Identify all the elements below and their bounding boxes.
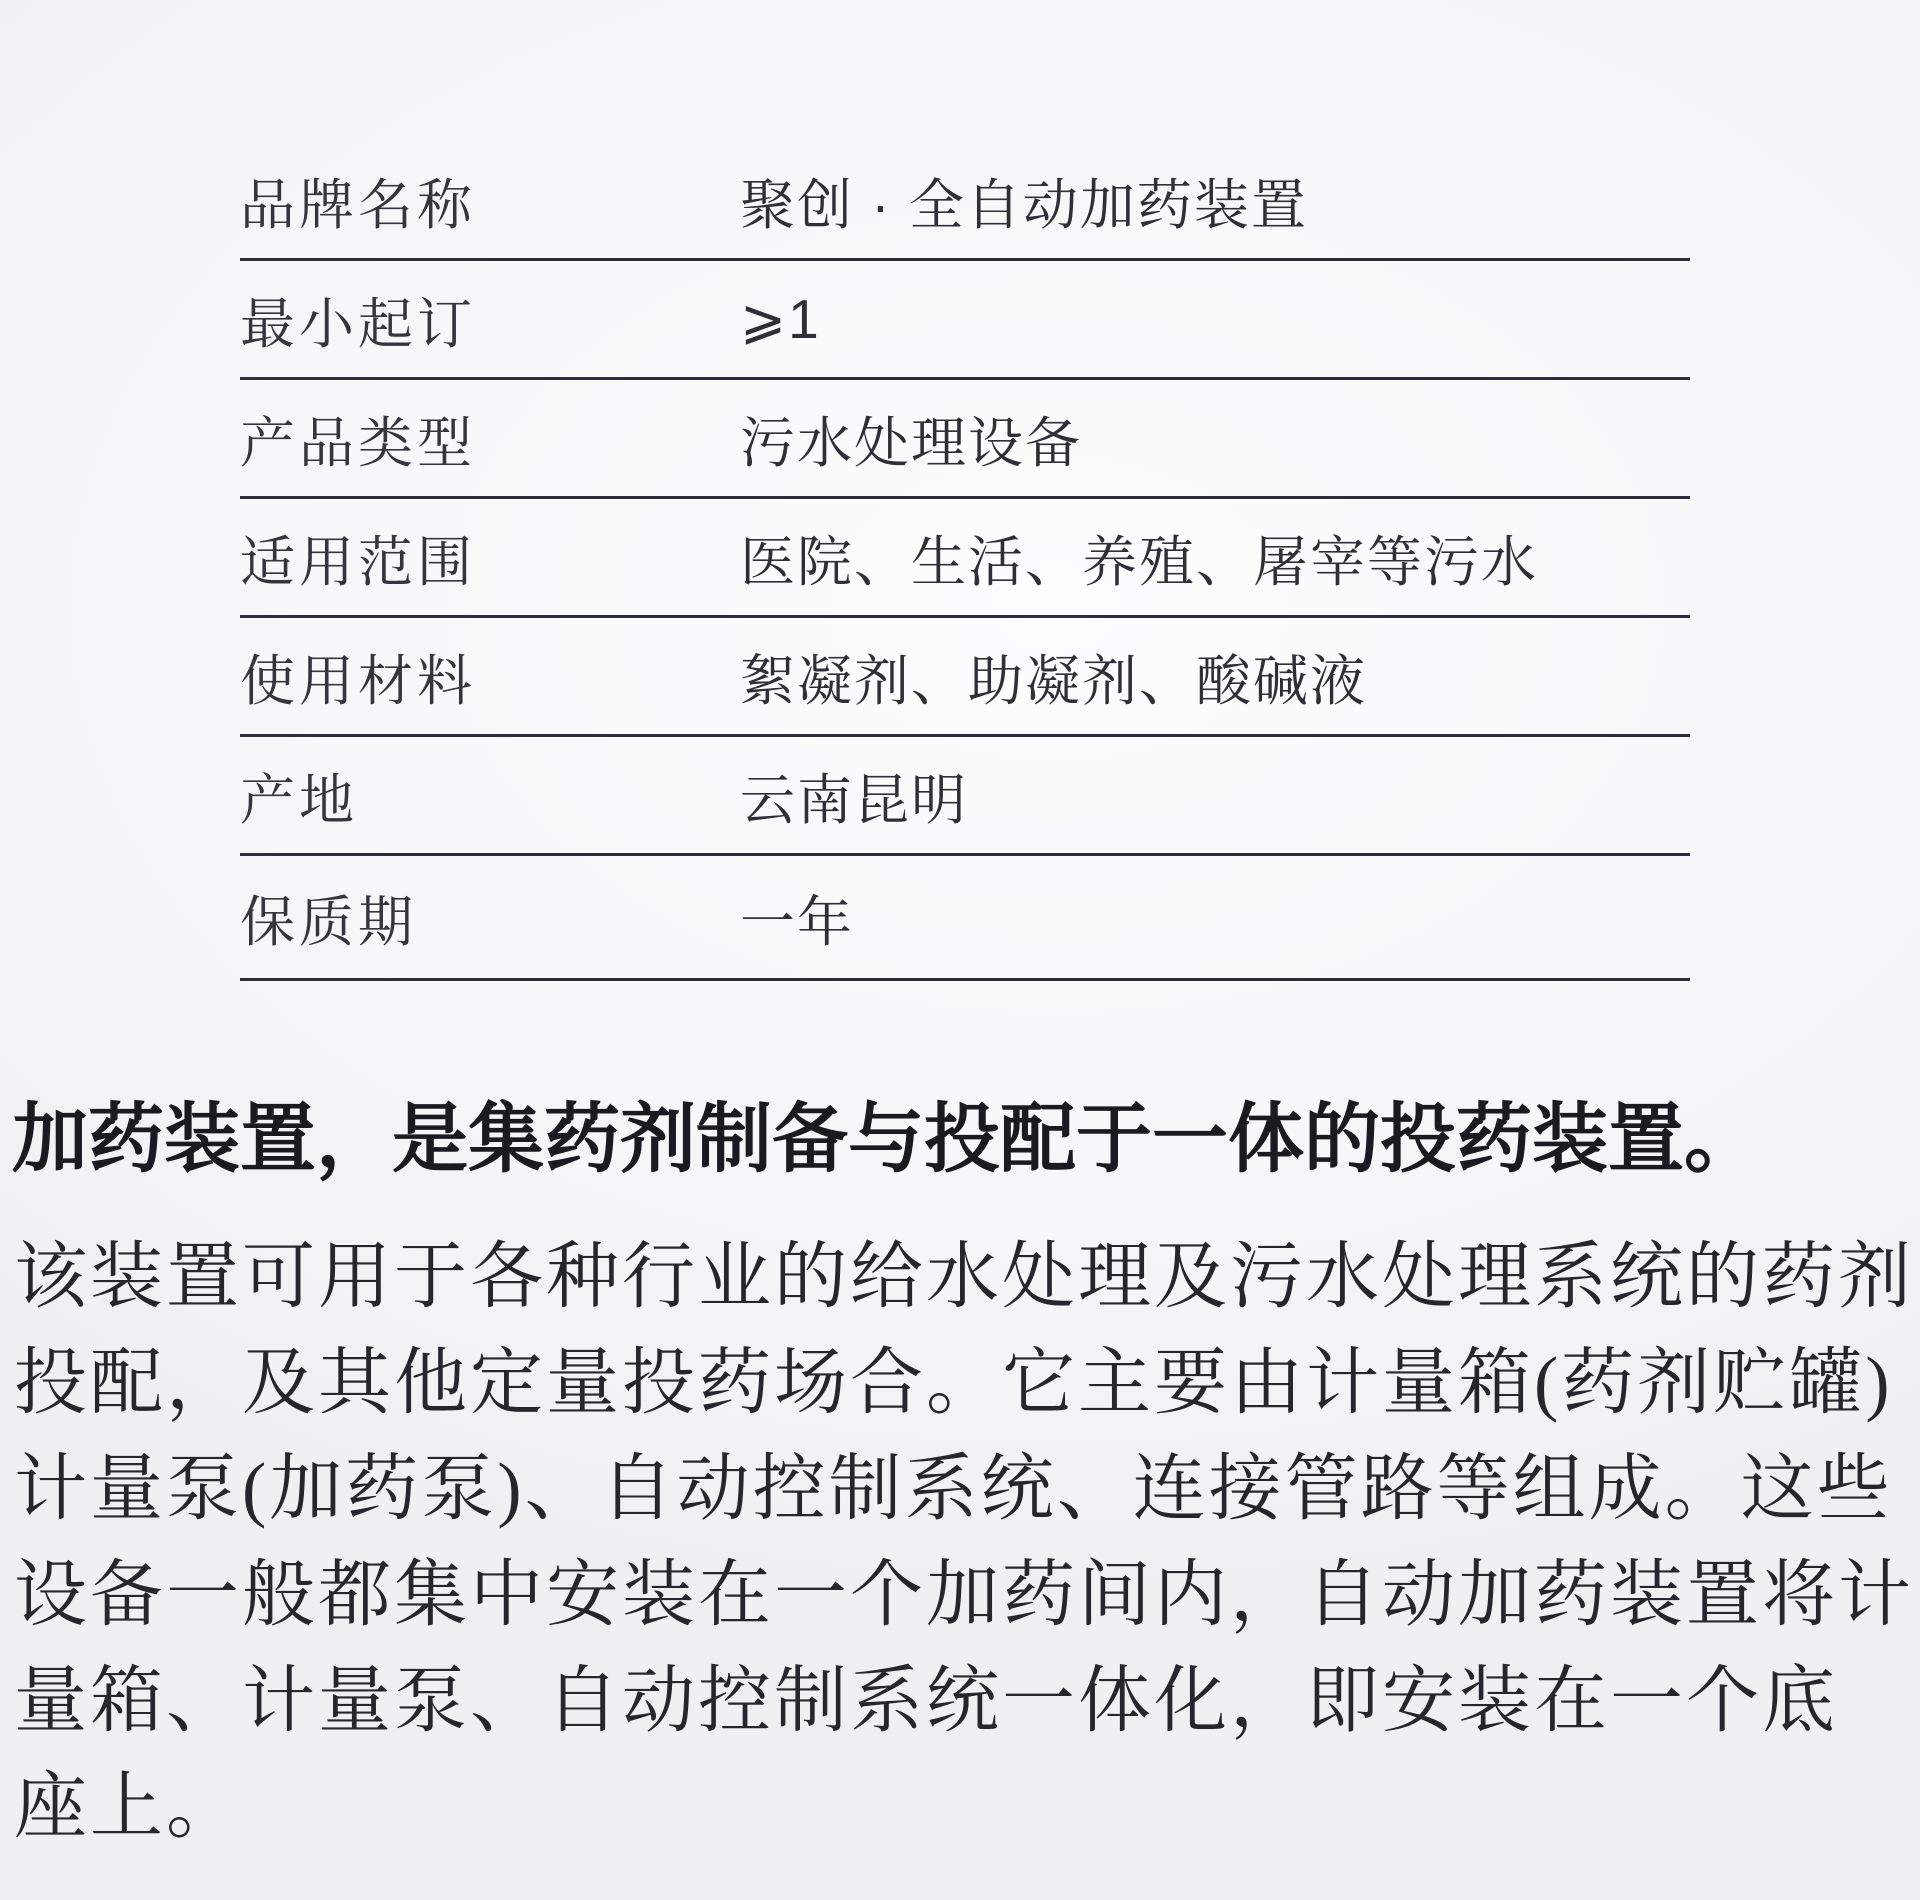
spec-table-row: 最小起订 ⩾1 bbox=[240, 261, 1690, 380]
spec-row-label: 保质期 bbox=[240, 878, 740, 957]
spec-row-value: 一年 bbox=[740, 878, 854, 957]
spec-row-label: 最小起订 bbox=[240, 280, 740, 359]
spec-row-value: 医院、生活、养殖、屠宰等污水 bbox=[740, 518, 1538, 597]
spec-row-label: 产地 bbox=[240, 756, 740, 835]
product-spec-page: 品牌名称 聚创 · 全自动加药装置 最小起订 ⩾1 产品类型 污水处理设备 适用… bbox=[0, 0, 1920, 1900]
spec-row-label: 适用范围 bbox=[240, 518, 740, 597]
product-description-body: 该装置可用于各种行业的给水处理及污水处理系统的药剂 投配，及其他定量投药场合。它… bbox=[14, 1224, 1916, 1860]
description-line: 该装置可用于各种行业的给水处理及污水处理系统的药剂 bbox=[14, 1224, 1916, 1330]
description-line: 计量泵(加药泵)、自动控制系统、连接管路等组成。这些 bbox=[14, 1436, 1916, 1542]
description-line: 投配，及其他定量投药场合。它主要由计量箱(药剂贮罐) bbox=[14, 1330, 1916, 1436]
spec-row-value: 污水处理设备 bbox=[740, 399, 1082, 478]
spec-table-row: 使用材料 絮凝剂、助凝剂、酸碱液 bbox=[240, 618, 1690, 737]
spec-row-value: 聚创 · 全自动加药装置 bbox=[740, 161, 1308, 240]
spec-table-row: 品牌名称 聚创 · 全自动加药装置 bbox=[240, 142, 1690, 261]
spec-table-row: 产地 云南昆明 bbox=[240, 737, 1690, 856]
description-line: 设备一般都集中安装在一个加药间内，自动加药装置将计 bbox=[14, 1542, 1916, 1648]
spec-row-label: 产品类型 bbox=[240, 399, 740, 478]
spec-row-value: 云南昆明 bbox=[740, 756, 968, 835]
spec-table-row: 适用范围 医院、生活、养殖、屠宰等污水 bbox=[240, 499, 1690, 618]
spec-table-row: 产品类型 污水处理设备 bbox=[240, 380, 1690, 499]
spec-row-label: 品牌名称 bbox=[240, 161, 740, 240]
spec-row-value: 絮凝剂、助凝剂、酸碱液 bbox=[740, 637, 1367, 716]
product-description-headline: 加药装置，是集药剂制备与投配于一体的投药装置。 bbox=[12, 1078, 1912, 1187]
spec-table-row: 保质期 一年 bbox=[240, 856, 1690, 981]
description-line: 座上。 bbox=[14, 1754, 1916, 1860]
spec-table: 品牌名称 聚创 · 全自动加药装置 最小起订 ⩾1 产品类型 污水处理设备 适用… bbox=[240, 142, 1690, 981]
spec-row-value: ⩾1 bbox=[740, 287, 821, 351]
description-line: 量箱、计量泵、自动控制系统一体化，即安装在一个底 bbox=[14, 1648, 1916, 1754]
spec-row-label: 使用材料 bbox=[240, 637, 740, 716]
